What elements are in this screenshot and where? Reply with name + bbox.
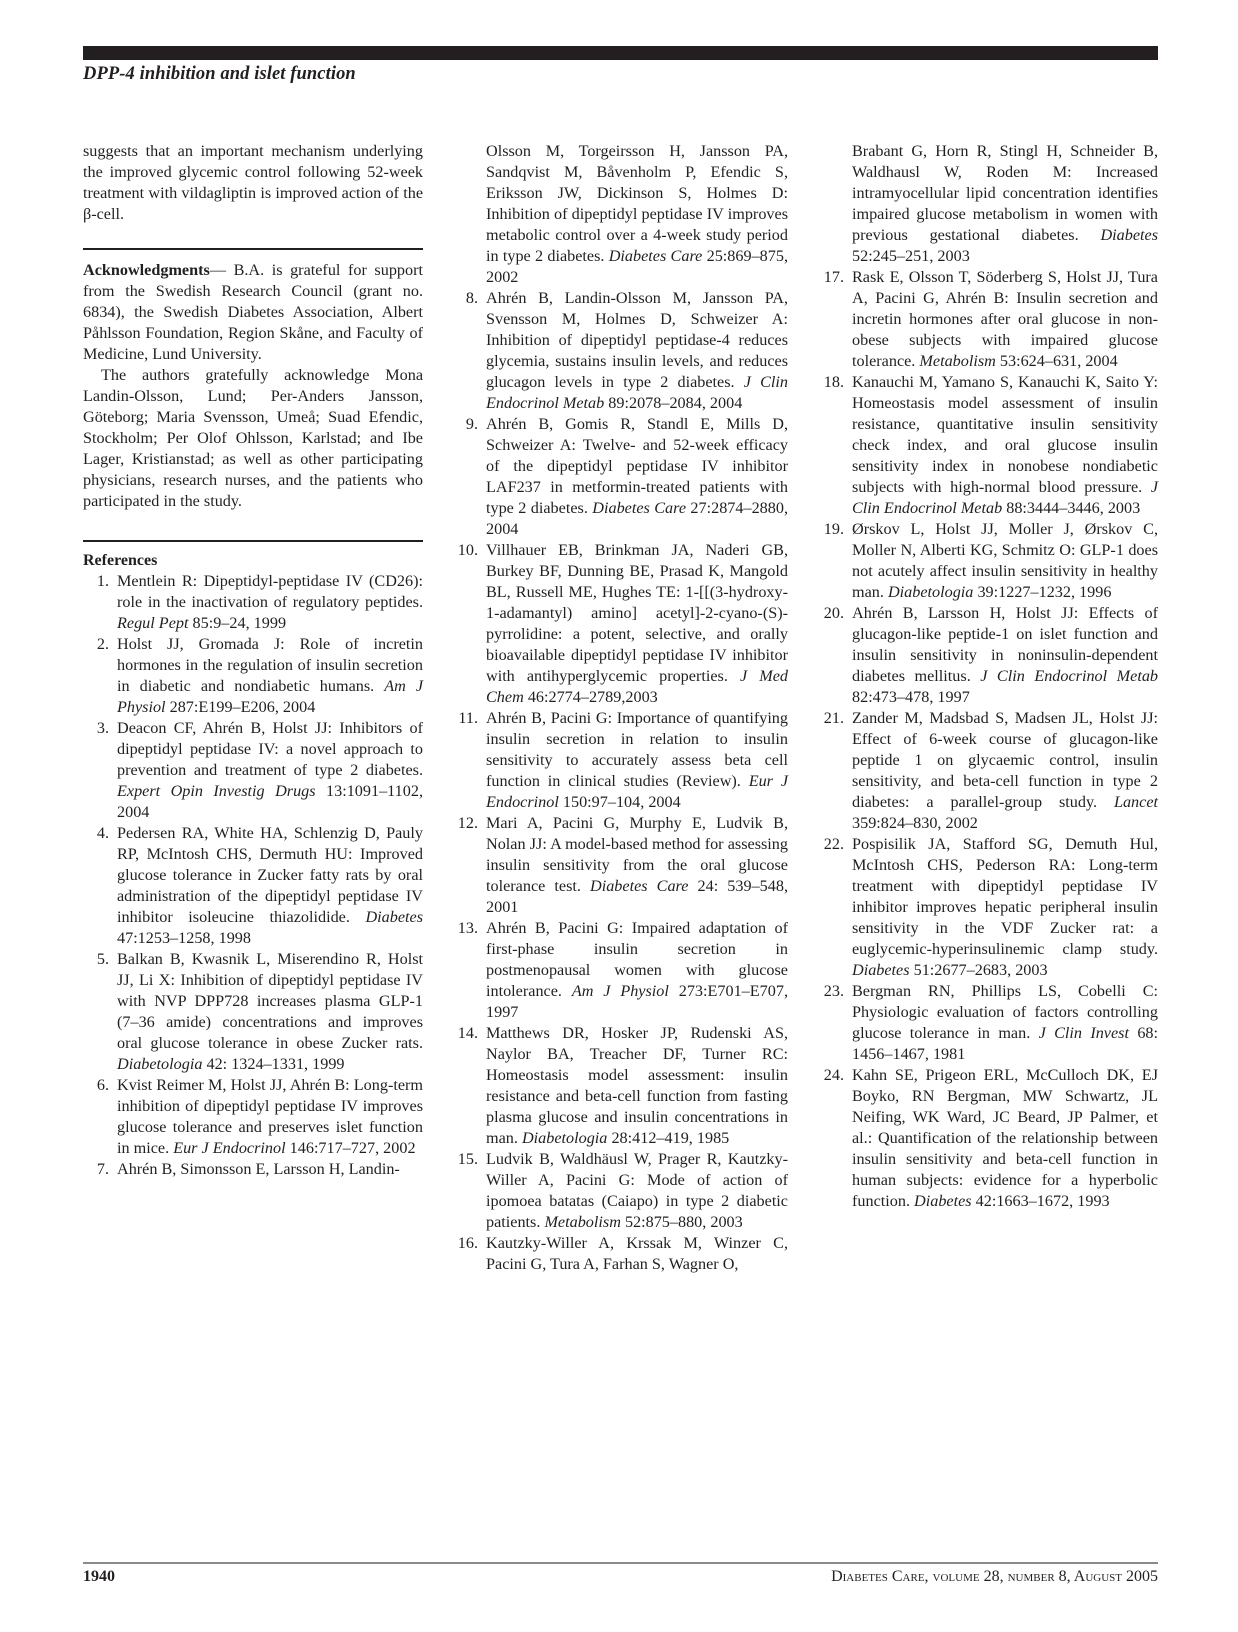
reference-item: 6.Kvist Reimer M, Holst JJ, Ahrén B: Lon… [83,1075,423,1159]
reference-number: 2. [83,634,117,718]
reference-item: 15.Ludvik B, Waldhäusl W, Prager R, Kaut… [452,1149,788,1233]
reference-text: Ahrén B, Simonsson E, Larsson H, Landin- [117,1159,423,1180]
reference-number: 17. [818,267,852,372]
reference-number: 18. [818,372,852,519]
reference-item: 4.Pedersen RA, White HA, Schlenzig D, Pa… [83,823,423,949]
reference-number: 16. [452,1233,486,1275]
reference-text: Rask E, Olsson T, Söderberg S, Holst JJ,… [852,267,1158,372]
reference-item: 23.Bergman RN, Phillips LS, Cobelli C: P… [818,981,1158,1065]
reference-item-continued: Olsson M, Torgeirsson H, Jansson PA, San… [452,141,788,288]
reference-number: 8. [452,288,486,414]
reference-authors-title: Deacon CF, Ahrén B, Holst JJ: Inhibitors… [117,719,423,779]
reference-authors-title: Kahn SE, Prigeon ERL, McCulloch DK, EJ B… [852,1066,1158,1210]
reference-item: 16.Kautzky-Willer A, Krssak M, Winzer C,… [452,1233,788,1275]
reference-number: 10. [452,540,486,708]
reference-authors-title: Ahrén B, Pacini G: Importance of quantif… [486,709,788,790]
reference-citation: 146:717–727, 2002 [286,1139,416,1157]
reference-text: Ahrén B, Larsson H, Holst JJ: Effects of… [852,603,1158,708]
reference-text: Ahrén B, Gomis R, Standl E, Mills D, Sch… [486,414,788,540]
reference-item: 9.Ahrén B, Gomis R, Standl E, Mills D, S… [452,414,788,540]
column-3: Brabant G, Horn R, Stingl H, Schneider B… [818,141,1158,1212]
reference-number: 9. [452,414,486,540]
reference-item: 21.Zander M, Madsbad S, Madsen JL, Holst… [818,708,1158,834]
reference-item: 18.Kanauchi M, Yamano S, Kanauchi K, Sai… [818,372,1158,519]
reference-journal: Metabolism [919,352,995,370]
reference-journal: Diabetes Care [592,499,686,517]
reference-text: Ahrén B, Landin-Olsson M, Jansson PA, Sv… [486,288,788,414]
reference-journal: Am J Physiol [572,982,669,1000]
reference-number: 22. [818,834,852,981]
acknowledgments-heading: Acknowledgments [83,261,210,279]
reference-item: 14.Matthews DR, Hosker JP, Rudenski AS, … [452,1023,788,1149]
reference-citation: 47:1253–1258, 1998 [117,929,251,947]
reference-item: 10.Villhauer EB, Brinkman JA, Naderi GB,… [452,540,788,708]
reference-journal: Diabetes Care [590,877,688,895]
reference-number: 1. [83,571,117,634]
reference-number: 6. [83,1075,117,1159]
footer-divider [83,1562,1158,1564]
reference-journal: Diabetes Care [609,247,703,265]
page-number: 1940 [83,1568,115,1586]
acknowledgments-divider [83,248,423,250]
reference-item: 2.Holst JJ, Gromada J: Role of incretin … [83,634,423,718]
reference-text: Kautzky-Willer A, Krssak M, Winzer C, Pa… [486,1233,788,1275]
reference-number: 23. [818,981,852,1065]
reference-item: 3.Deacon CF, Ahrén B, Holst JJ: Inhibito… [83,718,423,823]
reference-item: 24.Kahn SE, Prigeon ERL, McCulloch DK, E… [818,1065,1158,1212]
acknowledgments-paragraph-2: The authors gratefully acknowledge Mona … [83,365,423,512]
reference-citation: 42: 1324–1331, 1999 [202,1055,344,1073]
reference-item: 19.Ørskov L, Holst JJ, Moller J, Ørskov … [818,519,1158,603]
reference-item-continued: Brabant G, Horn R, Stingl H, Schneider B… [818,141,1158,267]
acknowledgments-paragraph-1: Acknowledgments— B.A. is grateful for su… [83,260,423,365]
reference-text: Pospisilik JA, Stafford SG, Demuth Hul, … [852,834,1158,981]
reference-citation: 287:E199–E206, 2004 [166,698,316,716]
reference-authors-title: Zander M, Madsbad S, Madsen JL, Holst JJ… [852,709,1158,811]
reference-citation: 42:1663–1672, 1993 [972,1192,1110,1210]
header-bar [83,46,1158,60]
reference-journal: Diabetes [365,908,423,926]
reference-text: Balkan B, Kwasnik L, Miserendino R, Hols… [117,949,423,1075]
reference-item: 13.Ahrén B, Pacini G: Impaired adaptatio… [452,918,788,1023]
reference-number: 19. [818,519,852,603]
running-title: DPP-4 inhibition and islet function [83,64,356,85]
reference-citation: 85:9–24, 1999 [188,614,286,632]
reference-citation: 359:824–830, 2002 [852,814,978,832]
reference-text: Matthews DR, Hosker JP, Rudenski AS, Nay… [486,1023,788,1149]
references-heading: References [83,550,423,571]
reference-text: Deacon CF, Ahrén B, Holst JJ: Inhibitors… [117,718,423,823]
reference-text: Pedersen RA, White HA, Schlenzig D, Paul… [117,823,423,949]
reference-number: 11. [452,708,486,813]
reference-text: Holst JJ, Gromada J: Role of incretin ho… [117,634,423,718]
reference-text: Ahrén B, Pacini G: Impaired adaptation o… [486,918,788,1023]
reference-number: 12. [452,813,486,918]
reference-item: 17.Rask E, Olsson T, Söderberg S, Holst … [818,267,1158,372]
reference-text: Kahn SE, Prigeon ERL, McCulloch DK, EJ B… [852,1065,1158,1212]
reference-citation: 39:1227–1232, 1996 [973,583,1111,601]
reference-journal: Lancet [1114,793,1158,811]
reference-citation: 82:473–478, 1997 [852,688,970,706]
reference-list-col2: Olsson M, Torgeirsson H, Jansson PA, San… [452,141,788,1275]
reference-journal: J Clin Endocrinol Metab [980,667,1158,685]
reference-citation: 52:245–251, 2003 [852,247,970,265]
reference-citation: 51:2677–2683, 2003 [910,961,1048,979]
reference-citation: 52:875–880, 2003 [621,1213,743,1231]
reference-authors-title: Villhauer EB, Brinkman JA, Naderi GB, Bu… [486,541,788,685]
reference-citation: 53:624–631, 2004 [996,352,1118,370]
reference-journal: Diabetes [852,961,910,979]
reference-item: 12.Mari A, Pacini G, Murphy E, Ludvik B,… [452,813,788,918]
reference-journal: Diabetes [1100,226,1158,244]
reference-authors-title: Pospisilik JA, Stafford SG, Demuth Hul, … [852,835,1158,958]
reference-citation: 28:412–419, 1985 [607,1129,729,1147]
reference-number: 21. [818,708,852,834]
reference-citation: 88:3444–3446, 2003 [1002,499,1140,517]
reference-text: Ahrén B, Pacini G: Importance of quantif… [486,708,788,813]
reference-journal: Regul Pept [117,614,188,632]
reference-text: Ørskov L, Holst JJ, Moller J, Ørskov C, … [852,519,1158,603]
reference-text: Villhauer EB, Brinkman JA, Naderi GB, Bu… [486,540,788,708]
reference-text: Kvist Reimer M, Holst JJ, Ahrén B: Long-… [117,1075,423,1159]
reference-authors-title: Balkan B, Kwasnik L, Miserendino R, Hols… [117,950,423,1052]
reference-authors-title: Kanauchi M, Yamano S, Kanauchi K, Saito … [852,373,1158,496]
reference-list-col3: Brabant G, Horn R, Stingl H, Schneider B… [818,141,1158,1212]
journal-citation-footer: Diabetes Care, volume 28, number 8, Augu… [831,1568,1158,1586]
reference-number: 14. [452,1023,486,1149]
reference-item: 20.Ahrén B, Larsson H, Holst JJ: Effects… [818,603,1158,708]
reference-journal: Diabetes [914,1192,972,1210]
column-2: Olsson M, Torgeirsson H, Jansson PA, San… [452,141,788,1275]
reference-text: Bergman RN, Phillips LS, Cobelli C: Phys… [852,981,1158,1065]
reference-authors-title: Mentlein R: Dipeptidyl-peptidase IV (CD2… [117,572,423,611]
reference-journal: Metabolism [544,1213,620,1231]
reference-journal: Expert Opin Investig Drugs [117,782,316,800]
reference-item: 8.Ahrén B, Landin-Olsson M, Jansson PA, … [452,288,788,414]
reference-item: 7.Ahrén B, Simonsson E, Larsson H, Landi… [83,1159,423,1180]
reference-number: 7. [83,1159,117,1180]
reference-citation: 46:2774–2789,2003 [524,688,658,706]
reference-item: 22.Pospisilik JA, Stafford SG, Demuth Hu… [818,834,1158,981]
reference-number: 3. [83,718,117,823]
body-continuation: suggests that an important mechanism und… [83,141,423,225]
reference-item: 5.Balkan B, Kwasnik L, Miserendino R, Ho… [83,949,423,1075]
reference-journal: Diabetologia [888,583,973,601]
reference-journal: Eur J Endocrinol [173,1139,285,1157]
references-divider [83,540,423,542]
reference-item: 11.Ahrén B, Pacini G: Importance of quan… [452,708,788,813]
reference-number: 13. [452,918,486,1023]
reference-text: Zander M, Madsbad S, Madsen JL, Holst JJ… [852,708,1158,834]
reference-citation: 89:2078–2084, 2004 [604,394,742,412]
reference-item: 1.Mentlein R: Dipeptidyl-peptidase IV (C… [83,571,423,634]
reference-journal: Diabetologia [117,1055,202,1073]
reference-number: 4. [83,823,117,949]
reference-authors-title: Holst JJ, Gromada J: Role of incretin ho… [117,635,423,695]
reference-authors-title: Ahrén B, Simonsson E, Larsson H, Landin- [117,1160,400,1178]
reference-number: 24. [818,1065,852,1212]
reference-text: Mari A, Pacini G, Murphy E, Ludvik B, No… [486,813,788,918]
column-1: suggests that an important mechanism und… [83,141,423,1180]
reference-journal: Diabetologia [522,1129,607,1147]
reference-text: Ludvik B, Waldhäusl W, Prager R, Kautzky… [486,1149,788,1233]
reference-citation: 150:97–104, 2004 [559,793,681,811]
reference-number: 5. [83,949,117,1075]
reference-text: Kanauchi M, Yamano S, Kanauchi K, Saito … [852,372,1158,519]
reference-text: Mentlein R: Dipeptidyl-peptidase IV (CD2… [117,571,423,634]
reference-authors-title: Kautzky-Willer A, Krssak M, Winzer C, Pa… [486,1234,788,1273]
reference-list-col1: 1.Mentlein R: Dipeptidyl-peptidase IV (C… [83,571,423,1180]
reference-number: 20. [818,603,852,708]
reference-number: 15. [452,1149,486,1233]
reference-authors-title: Ahrén B, Landin-Olsson M, Jansson PA, Sv… [486,289,788,391]
reference-journal: J Clin Invest [1039,1024,1129,1042]
acknowledgments-dash: — [210,261,226,279]
